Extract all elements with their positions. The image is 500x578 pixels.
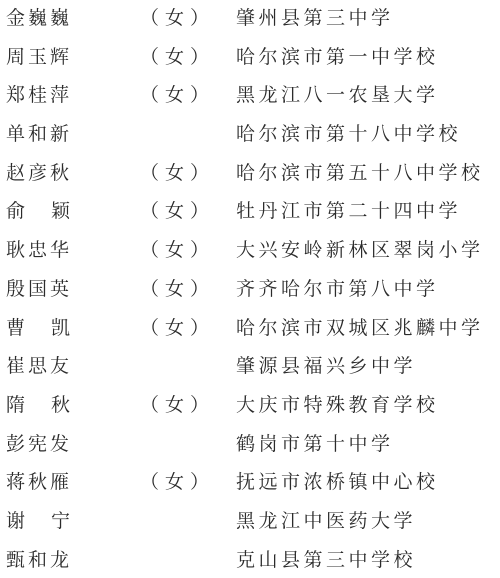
gender-note: （女） (140, 80, 215, 110)
gender-note: （女） (140, 274, 215, 304)
organization: 黑龙江中医药大学 (236, 506, 416, 536)
list-item: 周玉辉 （女） 哈尔滨市第一中学校 (0, 39, 500, 78)
person-name: 耿忠华 (6, 235, 72, 265)
person-name: 周玉辉 (6, 42, 72, 72)
person-name: 蒋秋雁 (6, 467, 72, 497)
gender-note: （女） (140, 390, 215, 420)
list-item: 崔思友 肇源县福兴乡中学 (0, 348, 500, 387)
list-item: 蒋秋雁 （女） 抚远市浓桥镇中心校 (0, 464, 500, 503)
person-name: 彭宪发 (6, 429, 72, 459)
person-name: 谢宁 (6, 506, 96, 536)
gender-note: （女） (140, 467, 215, 497)
person-name: 金巍巍 (6, 3, 72, 33)
person-name: 隋秋 (6, 390, 96, 420)
organization: 大兴安岭新林区翠岗小学 (236, 235, 484, 265)
gender-note: （女） (140, 42, 215, 72)
list-item: 郑桂萍 （女） 黑龙江八一农垦大学 (0, 77, 500, 116)
person-name: 郑桂萍 (6, 80, 72, 110)
gender-note: （女） (140, 3, 215, 33)
honoree-list: 金巍巍 （女） 肇州县第三中学 周玉辉 （女） 哈尔滨市第一中学校 郑桂萍 （女… (0, 0, 500, 578)
organization: 克山县第三中学校 (236, 545, 416, 575)
organization: 肇源县福兴乡中学 (236, 351, 416, 381)
list-item: 俞颖 （女） 牡丹江市第二十四中学 (0, 193, 500, 232)
organization: 牡丹江市第二十四中学 (236, 196, 461, 226)
person-name: 单和新 (6, 119, 72, 149)
list-item: 隋秋 （女） 大庆市特殊教育学校 (0, 387, 500, 426)
organization: 抚远市浓桥镇中心校 (236, 467, 439, 497)
organization: 哈尔滨市双城区兆麟中学 (236, 313, 484, 343)
list-item: 耿忠华 （女） 大兴安岭新林区翠岗小学 (0, 232, 500, 271)
organization: 哈尔滨市第五十八中学校 (236, 158, 484, 188)
list-item: 谢宁 黑龙江中医药大学 (0, 503, 500, 542)
person-name: 殷国英 (6, 274, 72, 304)
person-name: 曹凯 (6, 313, 96, 343)
person-name: 俞颖 (6, 196, 96, 226)
person-name: 甄和龙 (6, 545, 72, 575)
list-item: 赵彦秋 （女） 哈尔滨市第五十八中学校 (0, 155, 500, 194)
list-item: 单和新 哈尔滨市第十八中学校 (0, 116, 500, 155)
organization: 齐齐哈尔市第八中学 (236, 274, 439, 304)
person-name: 崔思友 (6, 351, 72, 381)
organization: 肇州县第三中学 (236, 3, 394, 33)
organization: 大庆市特殊教育学校 (236, 390, 439, 420)
gender-note: （女） (140, 313, 215, 343)
list-item: 彭宪发 鹤岗市第十中学 (0, 426, 500, 465)
organization: 鹤岗市第十中学 (236, 429, 394, 459)
list-item: 曹凯 （女） 哈尔滨市双城区兆麟中学 (0, 310, 500, 349)
gender-note: （女） (140, 196, 215, 226)
gender-note: （女） (140, 158, 215, 188)
gender-note: （女） (140, 235, 215, 265)
person-name: 赵彦秋 (6, 158, 72, 188)
list-item: 金巍巍 （女） 肇州县第三中学 (0, 0, 500, 39)
organization: 哈尔滨市第一中学校 (236, 42, 439, 72)
list-item: 殷国英 （女） 齐齐哈尔市第八中学 (0, 271, 500, 310)
list-item: 甄和龙 克山县第三中学校 (0, 542, 500, 578)
organization: 黑龙江八一农垦大学 (236, 80, 439, 110)
organization: 哈尔滨市第十八中学校 (236, 119, 461, 149)
